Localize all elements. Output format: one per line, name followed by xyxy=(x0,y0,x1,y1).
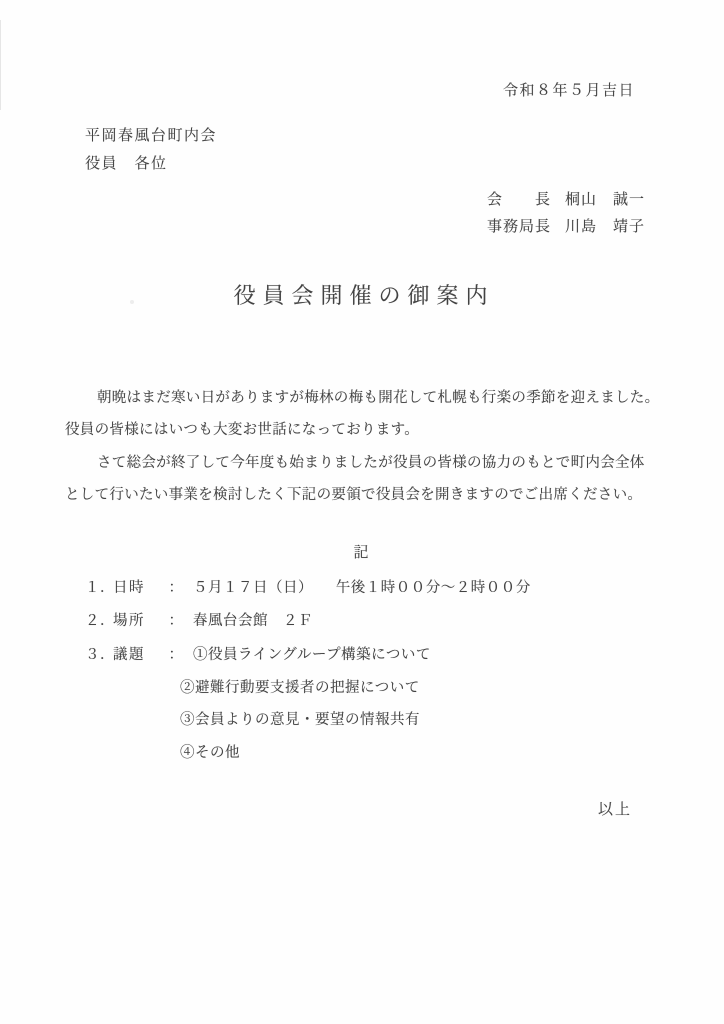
agenda-value-place: 春風台会館 ２Ｆ xyxy=(193,605,313,638)
sender-secretary-name: 川島 靖子 xyxy=(565,214,645,241)
agenda-subitem-4: ④その他 xyxy=(180,737,420,769)
agenda-value-datetime: ５月１７日（日） 午後１時００分～２時００分 xyxy=(193,572,531,605)
body-line-3: さて総会が終了して今年度も始まりましたが役員の皆様の協力のもとで町内会全体 xyxy=(65,447,659,479)
agenda-subitem-3: ③会員よりの意見・要望の情報共有 xyxy=(180,704,420,736)
sender-secretary-row: 事務局長 川島 靖子 xyxy=(487,214,645,241)
agenda-value-topic-1: ①役員ライングループ構築について xyxy=(193,639,431,672)
document-page: 令和８年５月吉日 平岡春風台町内会 役員 各位 会 長 桐山 誠一 事務局長 川… xyxy=(0,0,724,1024)
agenda-row-place: ２． 場所 ： 春風台会館 ２Ｆ xyxy=(85,605,531,638)
document-title: 役員会開催の御案内 xyxy=(0,282,724,310)
sender-chairman-name: 桐山 誠一 xyxy=(565,187,645,214)
closing-word: 以上 xyxy=(0,797,632,823)
agenda-number: １． xyxy=(85,572,113,605)
agenda-row-topics: ３． 議題 ： ①役員ライングループ構築について xyxy=(85,639,531,672)
body-paragraphs: 朝晩はまだ寒い日がありますが梅林の梅も開花して札幌も行楽の季節を迎えました。 役… xyxy=(65,382,659,512)
recipient-block: 平岡春風台町内会 役員 各位 xyxy=(85,122,217,178)
agenda-number: ３． xyxy=(85,639,113,672)
agenda-subitem-2: ②避難行動要支援者の把握について xyxy=(180,672,420,704)
issue-date: 令和８年５月吉日 xyxy=(0,78,635,104)
agenda-label-datetime: 日時 xyxy=(113,572,159,605)
agenda-colon: ： xyxy=(159,605,193,638)
agenda-number: ２． xyxy=(85,605,113,638)
agenda-subitems: ②避難行動要支援者の把握について ③会員よりの意見・要望の情報共有 ④その他 xyxy=(180,672,420,769)
agenda-colon: ： xyxy=(159,572,193,605)
sender-block: 会 長 桐山 誠一 事務局長 川島 靖子 xyxy=(487,187,645,240)
sender-chairman-role: 会 長 xyxy=(487,187,551,214)
sender-secretary-role: 事務局長 xyxy=(487,214,551,241)
recipient-addressee: 役員 各位 xyxy=(85,150,217,178)
body-line-2: 役員の皆様にはいつも大変お世話になっております。 xyxy=(65,414,659,446)
agenda-label-topics: 議題 xyxy=(113,639,159,672)
agenda-colon: ： xyxy=(159,639,193,672)
note-marker: 記 xyxy=(0,540,724,566)
body-line-1: 朝晩はまだ寒い日がありますが梅林の梅も開花して札幌も行楽の季節を迎えました。 xyxy=(65,382,659,414)
body-line-4: として行いたい事業を検討したく下記の要領で役員会を開きますのでご出席ください。 xyxy=(65,479,659,511)
sender-chairman-row: 会 長 桐山 誠一 xyxy=(487,187,645,214)
agenda-row-datetime: １． 日時 ： ５月１７日（日） 午後１時００分～２時００分 xyxy=(85,572,531,605)
agenda-list: １． 日時 ： ５月１７日（日） 午後１時００分～２時００分 ２． 場所 ： 春… xyxy=(85,572,531,672)
agenda-label-place: 場所 xyxy=(113,605,159,638)
recipient-organization: 平岡春風台町内会 xyxy=(85,122,217,150)
